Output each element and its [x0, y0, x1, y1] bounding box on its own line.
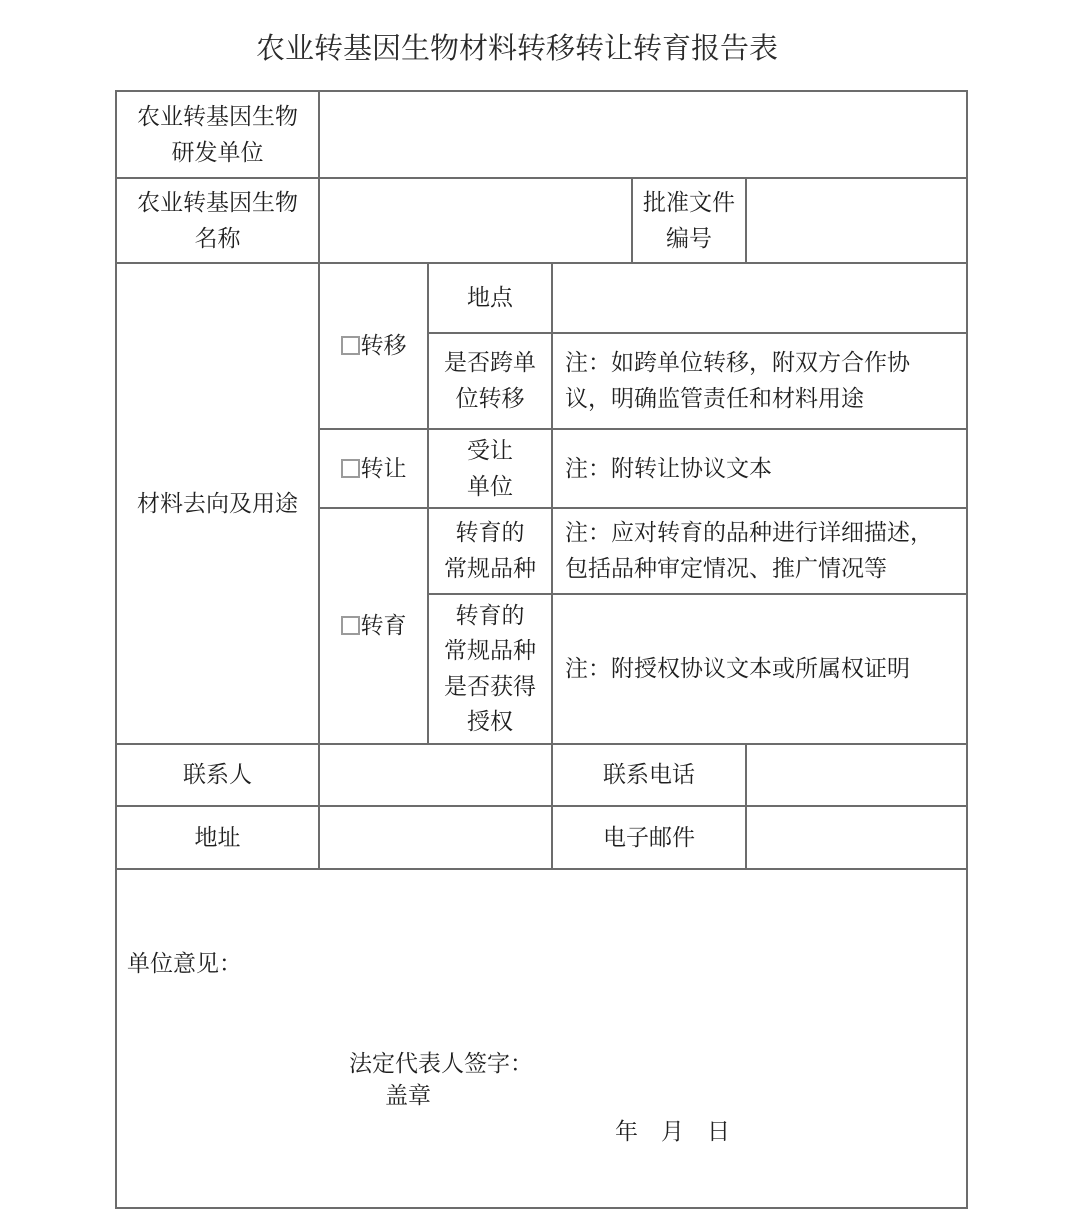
dev-unit-value-cell[interactable] — [319, 91, 967, 178]
unit-opinion-cell[interactable]: 单位意见： 法定代表人签字： 盖章 年 月 日 — [116, 869, 967, 1208]
contact-phone-label: 联系电话 — [552, 744, 746, 806]
cross-unit-transfer-note: 注：如跨单位转移，附双方合作协议，明确监管责任和材料用途 — [552, 333, 967, 429]
report-form-table: 农业转基因生物 研发单位 农业转基因生物 名称 批准文件 编号 材料去向及用途 … — [115, 90, 968, 1209]
breeding-variety-note: 注：应对转育的品种进行详细描述，包括品种审定情况、推广情况等 — [552, 508, 967, 593]
assign-checkbox-label: 转让 — [361, 456, 407, 481]
address-label: 地址 — [116, 806, 319, 869]
gmo-name-value-cell[interactable] — [319, 178, 632, 263]
breeding-authorization-label: 转育的 常规品种 是否获得 授权 — [428, 594, 552, 745]
assign-checkbox-cell[interactable]: 转让 — [319, 429, 428, 508]
breeding-checkbox-cell[interactable]: 转育 — [319, 508, 428, 744]
email-label: 电子邮件 — [552, 806, 746, 869]
approval-number-value-cell[interactable] — [746, 178, 967, 263]
assign-note: 注：附转让协议文本 — [552, 429, 967, 508]
material-section-label: 材料去向及用途 — [116, 263, 319, 744]
transfer-checkbox-cell[interactable]: 转移 — [319, 263, 428, 429]
email-value-cell[interactable] — [746, 806, 967, 869]
seal-label: 盖章 — [385, 1078, 431, 1114]
document-page: 农业转基因生物材料转移转让转育报告表 农业转基因生物 研发单位 农业转基因生物 … — [0, 0, 1080, 1230]
gmo-name-label: 农业转基因生物 名称 — [116, 178, 319, 263]
form-title: 农业转基因生物材料转移转让转育报告表 — [256, 26, 778, 67]
breeding-checkbox-icon[interactable] — [341, 616, 360, 635]
breeding-variety-label: 转育的 常规品种 — [428, 508, 552, 593]
location-label: 地点 — [428, 263, 552, 333]
contact-phone-value-cell[interactable] — [746, 744, 967, 806]
cross-unit-transfer-label: 是否跨单 位转移 — [428, 333, 552, 429]
breeding-authorization-note: 注：附授权协议文本或所属权证明 — [552, 594, 967, 745]
assignee-unit-label: 受让 单位 — [428, 429, 552, 508]
transfer-checkbox-label: 转移 — [361, 333, 407, 358]
address-value-cell[interactable] — [319, 806, 552, 869]
dev-unit-label: 农业转基因生物 研发单位 — [116, 91, 319, 178]
approval-number-label: 批准文件 编号 — [632, 178, 746, 263]
location-value-cell[interactable] — [552, 263, 967, 333]
date-label: 年 月 日 — [615, 1114, 730, 1150]
contact-person-value-cell[interactable] — [319, 744, 552, 806]
assign-checkbox-icon[interactable] — [341, 459, 360, 478]
breeding-checkbox-label: 转育 — [361, 613, 407, 638]
legal-representative-signature-label: 法定代表人签字： — [349, 1046, 533, 1082]
transfer-checkbox-icon[interactable] — [341, 336, 360, 355]
unit-opinion-label: 单位意见： — [127, 946, 242, 982]
contact-person-label: 联系人 — [116, 744, 319, 806]
